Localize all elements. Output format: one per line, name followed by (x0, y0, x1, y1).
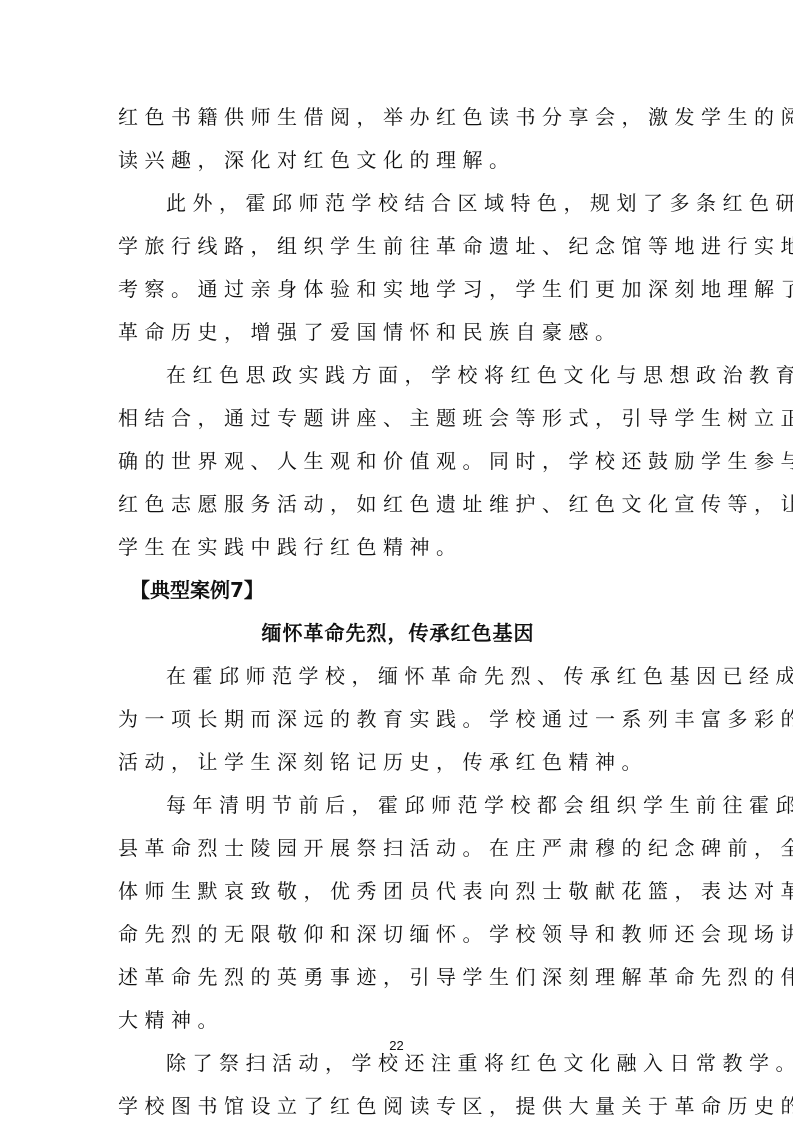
text-line: 读兴趣，深化对红色文化的理解。 (118, 139, 678, 182)
text-line: 相结合，通过专题讲座、主题班会等形式，引导学生树立正 (118, 397, 678, 440)
text-line: 学旅行线路，组织学生前往革命遗址、纪念馆等地进行实地 (118, 225, 678, 268)
paragraph: 红色书籍供师生借阅，举办红色读书分享会，激发学生的阅 读兴趣，深化对红色文化的理… (118, 96, 678, 182)
page-content: 红色书籍供师生借阅，举办红色读书分享会，激发学生的阅 读兴趣，深化对红色文化的理… (118, 96, 678, 1122)
text-line: 体师生默哀致敬，优秀团员代表向烈士敬献花篮，表达对革 (118, 870, 678, 913)
text-line: 命先烈的无限敬仰和深切缅怀。学校领导和教师还会现场讲 (118, 913, 678, 956)
paragraph: 每年清明节前后，霍邱师范学校都会组织学生前往霍邱 县革命烈士陵园开展祭扫活动。在… (118, 784, 678, 1042)
text-line: 述革命先烈的英勇事迹，引导学生们深刻理解革命先烈的伟 (118, 956, 678, 999)
page-number: 22 (0, 1038, 793, 1053)
text-line: 考察。通过亲身体验和实地学习，学生们更加深刻地理解了 (118, 268, 678, 311)
text-line: 红色志愿服务活动，如红色遗址维护、红色文化宣传等，让 (118, 483, 678, 526)
text-line: 在红色思政实践方面，学校将红色文化与思想政治教育 (118, 354, 678, 397)
paragraph: 除了祭扫活动，学校还注重将红色文化融入日常教学。 学校图书馆设立了红色阅读专区，… (118, 1042, 678, 1122)
case-label: 【典型案例7】 (118, 569, 678, 612)
text-line: 活动，让学生深刻铭记历史，传承红色精神。 (118, 741, 678, 784)
paragraph: 此外，霍邱师范学校结合区域特色，规划了多条红色研 学旅行线路，组织学生前往革命遗… (118, 182, 678, 354)
text-line: 此外，霍邱师范学校结合区域特色，规划了多条红色研 (118, 182, 678, 225)
text-line: 每年清明节前后，霍邱师范学校都会组织学生前往霍邱 (118, 784, 678, 827)
text-line: 大精神。 (118, 999, 678, 1042)
text-line: 革命历史，增强了爱国情怀和民族自豪感。 (118, 311, 678, 354)
text-line: 县革命烈士陵园开展祭扫活动。在庄严肃穆的纪念碑前，全 (118, 827, 678, 870)
text-line: 确的世界观、人生观和价值观。同时，学校还鼓励学生参与 (118, 440, 678, 483)
text-line: 学生在实践中践行红色精神。 (118, 526, 678, 569)
text-line: 在霍邱师范学校，缅怀革命先烈、传承红色基因已经成 (118, 655, 678, 698)
paragraph: 在红色思政实践方面，学校将红色文化与思想政治教育 相结合，通过专题讲座、主题班会… (118, 354, 678, 569)
text-line: 学校图书馆设立了红色阅读专区，提供大量关于革命历史的 (118, 1085, 678, 1122)
case-title: 缅怀革命先烈，传承红色基因 (118, 612, 678, 655)
document-page: 红色书籍供师生借阅，举办红色读书分享会，激发学生的阅 读兴趣，深化对红色文化的理… (0, 0, 793, 1122)
paragraph: 在霍邱师范学校，缅怀革命先烈、传承红色基因已经成 为一项长期而深远的教育实践。学… (118, 655, 678, 784)
text-line: 为一项长期而深远的教育实践。学校通过一系列丰富多彩的 (118, 698, 678, 741)
text-line: 红色书籍供师生借阅，举办红色读书分享会，激发学生的阅 (118, 96, 678, 139)
